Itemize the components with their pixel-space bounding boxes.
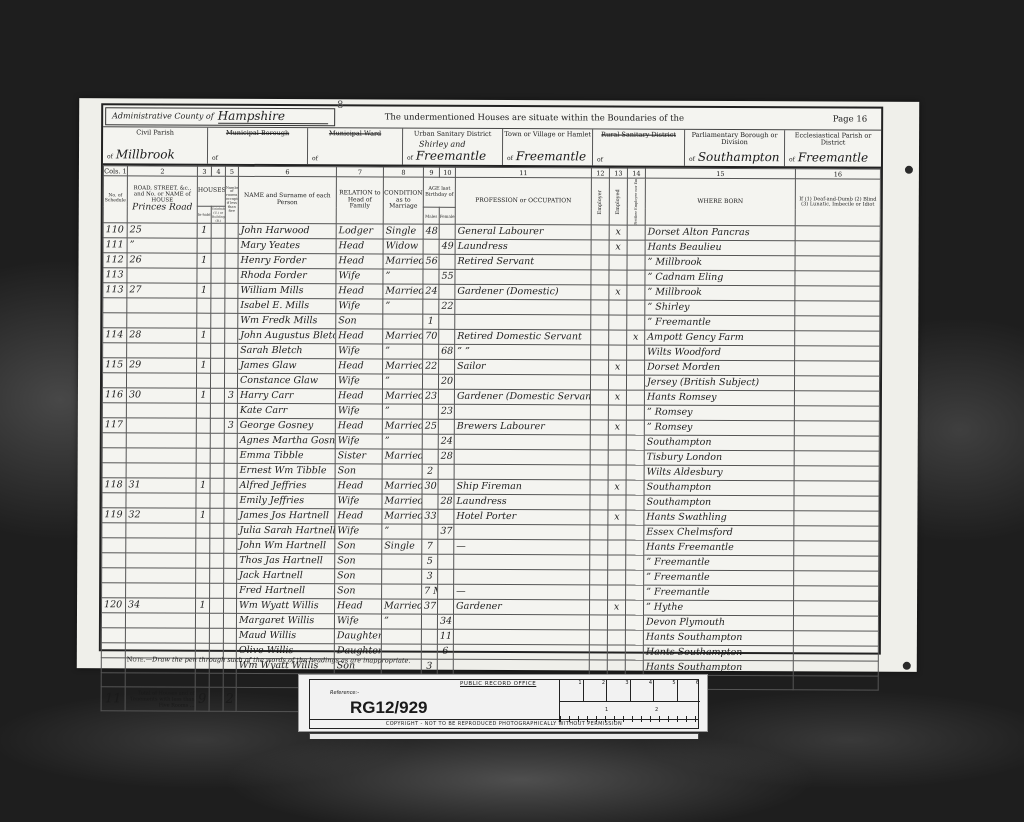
employed-mark <box>609 330 627 345</box>
house-address: 27 <box>127 283 197 298</box>
where-born: Hants Romsey <box>644 390 794 406</box>
rooms-count <box>224 448 237 463</box>
neither-mark <box>627 360 645 375</box>
infirmity <box>794 466 879 481</box>
card-underlay <box>309 733 699 739</box>
where-born: ” Freemantle <box>644 585 794 601</box>
inhabited-mark <box>196 553 210 568</box>
employed-mark <box>608 570 626 585</box>
where-born: Devon Plymouth <box>643 615 793 631</box>
house-address <box>126 568 196 583</box>
person-name: Wm Wyatt Willis <box>237 598 335 613</box>
age-female <box>438 539 454 554</box>
employer-mark <box>591 240 609 255</box>
rooms-count <box>225 283 238 298</box>
neither-mark <box>626 435 644 450</box>
header-condition: CONDITION as to Marriage <box>383 177 423 224</box>
uninhabited-mark <box>211 223 225 238</box>
person-name: James Glaw <box>238 358 336 373</box>
neither-mark <box>626 420 644 435</box>
relation: Head <box>336 359 383 374</box>
reference-card: PUBLIC RECORD OFFICE Reference:- RG12/92… <box>298 674 708 732</box>
condition: Married <box>383 254 423 269</box>
census-rows: 110251John HarwoodLodgerSingle48General … <box>101 223 880 691</box>
boundaries-text: The undermentioned Houses are situate wi… <box>385 112 684 123</box>
punch-hole <box>905 166 913 174</box>
employed-mark <box>608 405 626 420</box>
inhabited-mark: 1 <box>196 388 210 403</box>
uninhabited-mark <box>210 493 224 508</box>
person-name: Thos Jas Hartnell <box>237 553 335 568</box>
employed-mark <box>608 450 626 465</box>
employer-mark <box>591 360 609 375</box>
condition <box>382 584 422 599</box>
rooms-count <box>224 433 237 448</box>
employer-mark <box>589 600 607 615</box>
employed-mark <box>609 270 627 285</box>
relation: Head <box>335 509 382 524</box>
schedule-number: 119 <box>102 508 126 523</box>
uninhabited-mark <box>210 388 224 403</box>
employer-mark <box>590 465 608 480</box>
employer-mark <box>590 570 608 585</box>
schedule-number <box>101 628 125 643</box>
house-address <box>126 493 196 508</box>
relation: Head <box>335 599 382 614</box>
neither-mark <box>626 405 644 420</box>
header-neither: Neither Employer nor Employed <box>627 178 645 225</box>
neither-mark <box>626 465 644 480</box>
neither-mark <box>627 225 645 240</box>
employer-mark <box>591 270 609 285</box>
employed-mark <box>608 375 626 390</box>
house-address <box>126 418 196 433</box>
district-rural-sanitary: Rural Sanitary District of <box>593 129 685 165</box>
uninhabited-mark <box>210 583 224 598</box>
employed-mark <box>609 300 627 315</box>
census-sheet: Administrative County of Hampshire The u… <box>77 98 919 672</box>
person-name: Henry Forder <box>238 253 336 268</box>
employed-mark <box>607 615 625 630</box>
folio-stamp: 8 <box>337 100 343 111</box>
rooms-count <box>225 328 238 343</box>
schedule-number <box>103 298 127 313</box>
employer-mark <box>590 525 608 540</box>
age-male <box>422 434 438 449</box>
age-female <box>438 569 454 584</box>
inhabited-mark <box>196 373 210 388</box>
schedule-number: 112 <box>103 253 127 268</box>
rooms-count: 3 <box>224 388 237 403</box>
relation: Wife <box>336 344 383 359</box>
district-town: Town or Village or Hamlet ofFreemantle <box>503 129 593 165</box>
employer-mark <box>589 615 607 630</box>
header-where-born: WHERE BORN <box>645 178 795 226</box>
person-name: Maud Willis <box>236 628 334 643</box>
rooms-count <box>224 523 237 538</box>
where-born: ” Freemantle <box>644 555 794 571</box>
age-female <box>439 284 455 299</box>
occupation: General Labourer <box>455 224 591 240</box>
age-male: 48 <box>423 224 439 239</box>
employer-mark <box>590 435 608 450</box>
inhabited-mark <box>195 613 209 628</box>
age-female: 20 <box>438 374 454 389</box>
where-born: ” Romsey <box>644 405 794 421</box>
house-address: ” <box>127 238 197 253</box>
infirmity <box>794 511 879 526</box>
inhabited-mark: 1 <box>196 598 210 613</box>
employed-mark: x <box>608 510 626 525</box>
uninhabited-mark <box>210 433 224 448</box>
rooms-count <box>224 478 237 493</box>
header-males: Males <box>423 207 439 224</box>
occupation: Retired Servant <box>455 254 591 270</box>
where-born: Hants Southampton <box>643 630 793 646</box>
county-label: Administrative County of <box>112 111 214 120</box>
rooms-count <box>223 628 236 643</box>
age-female: 24 <box>438 434 454 449</box>
schedule-number <box>102 583 126 598</box>
age-female <box>437 599 453 614</box>
district-civil-parish: Civil Parish ofMillbrook <box>103 127 208 163</box>
age-female: 22 <box>439 299 455 314</box>
uninhabited-mark <box>209 628 223 643</box>
total-schedules: 11 <box>101 687 125 711</box>
person-name: Agnes Martha Gosney <box>237 433 335 448</box>
where-born: ” Freemantle <box>645 315 795 331</box>
inhabited-mark <box>196 448 210 463</box>
uninhabited-mark <box>211 238 225 253</box>
infirmity <box>794 436 879 451</box>
infirmity <box>794 376 879 391</box>
house-address <box>126 433 196 448</box>
relation: Son <box>335 584 382 599</box>
where-born: Ampott Gency Farm <box>645 330 795 346</box>
where-born: ” Cadnam Eling <box>645 270 795 286</box>
occupation: Sailor <box>455 359 591 375</box>
occupation: Ship Fireman <box>454 479 590 495</box>
employer-mark <box>590 420 608 435</box>
rooms-count <box>224 553 237 568</box>
employed-mark <box>607 630 625 645</box>
schedule-number <box>102 448 126 463</box>
rooms-count <box>224 493 237 508</box>
employer-mark <box>590 495 608 510</box>
rooms-count <box>224 583 237 598</box>
occupation: — <box>454 539 590 555</box>
schedule-number <box>102 463 126 478</box>
inhabited-mark <box>196 418 210 433</box>
schedule-number <box>102 493 126 508</box>
schedule-number <box>102 538 126 553</box>
house-address <box>126 448 196 463</box>
neither-mark <box>627 285 645 300</box>
district-row: Civil Parish ofMillbrook Municipal Borou… <box>103 127 881 168</box>
record-office-label: PUBLIC RECORD OFFICE <box>460 681 536 687</box>
condition <box>382 569 422 584</box>
age-male: 37 <box>421 599 437 614</box>
condition: Married <box>382 509 422 524</box>
infirmity <box>793 646 878 661</box>
reference-code: RG12/929 <box>350 698 428 718</box>
age-male: 1 <box>423 314 439 329</box>
infirmity <box>794 556 879 571</box>
uninhabited-mark <box>210 538 224 553</box>
infirmity <box>794 451 879 466</box>
age-male: 33 <box>422 509 438 524</box>
relation: Son <box>336 314 383 329</box>
infirmity <box>795 361 880 376</box>
occupation <box>454 434 590 450</box>
house-address <box>125 613 195 628</box>
uninhabited-mark <box>210 448 224 463</box>
neither-mark <box>626 555 644 570</box>
inhabited-mark: 1 <box>197 223 211 238</box>
infirmity <box>794 571 879 586</box>
person-name: Mary Yeates <box>238 238 336 253</box>
where-born: ” Romsey <box>644 420 794 436</box>
condition <box>383 314 423 329</box>
person-name: George Gosney <box>237 418 335 433</box>
neither-mark <box>626 525 644 540</box>
rooms-count <box>225 313 238 328</box>
age-male: 2 <box>422 464 438 479</box>
condition: Single <box>382 539 422 554</box>
uninhabited-mark <box>210 403 224 418</box>
uninhabited-mark <box>211 298 225 313</box>
inhabited-mark <box>196 433 210 448</box>
age-female <box>438 464 454 479</box>
header-occupation: PROFESSION or OCCUPATION <box>455 177 591 225</box>
total-uninhabited <box>209 688 223 712</box>
condition: Married <box>383 359 423 374</box>
neither-mark <box>626 450 644 465</box>
where-born: Wilts Woodford <box>645 345 795 361</box>
rooms-count <box>225 223 238 238</box>
occupation <box>455 269 591 285</box>
employed-mark: x <box>609 240 627 255</box>
relation: Son <box>335 569 382 584</box>
infirmity <box>794 391 879 406</box>
infirmity <box>793 676 878 691</box>
header-address: ROAD, STREET, &c., and No. or NAME of HO… <box>127 176 197 223</box>
infirmity <box>794 481 879 496</box>
inhabited-mark <box>196 568 210 583</box>
employer-mark <box>590 540 608 555</box>
district-municipal-borough: Municipal Borough of <box>208 128 308 164</box>
person-name: Fred Hartnell <box>237 583 335 598</box>
relation: Head <box>336 254 383 269</box>
age-female: 49 <box>439 239 455 254</box>
infirmity <box>795 271 880 286</box>
where-born: Hants Freemantle <box>644 540 794 556</box>
schedule-number: 120 <box>102 598 126 613</box>
infirmity <box>794 541 879 556</box>
uninhabited-mark <box>210 523 224 538</box>
occupation <box>453 629 589 645</box>
uninhabited-mark <box>210 553 224 568</box>
person-name: Rhoda Forder <box>238 268 336 283</box>
age-female <box>438 389 454 404</box>
rooms-count <box>225 298 238 313</box>
infirmity <box>795 316 880 331</box>
schedule-number: 111 <box>103 238 127 253</box>
infirmity <box>793 631 878 646</box>
rooms-count <box>224 538 237 553</box>
occupation: ” ” <box>455 344 591 360</box>
rooms-count <box>224 463 237 478</box>
relation: Son <box>335 554 382 569</box>
reference-label: Reference:- <box>330 690 359 696</box>
relation: Head <box>335 419 382 434</box>
relation: Wife <box>336 269 383 284</box>
uninhabited-mark <box>211 253 225 268</box>
occupation <box>454 464 590 480</box>
header-name: NAME and Surname of each Person <box>238 176 336 223</box>
employed-mark <box>607 660 625 675</box>
occupation: Gardener (Domestic) <box>455 284 591 300</box>
age-male <box>422 524 438 539</box>
employed-mark <box>607 645 625 660</box>
town-value: Freemantle <box>516 149 586 163</box>
house-address: 29 <box>127 358 197 373</box>
schedule-number <box>102 553 126 568</box>
schedule-number: 115 <box>103 358 127 373</box>
condition: ” <box>382 374 422 389</box>
age-female: 37 <box>438 524 454 539</box>
rooms-count <box>225 268 238 283</box>
infirmity <box>794 586 879 601</box>
person-name: Julia Sarah Hartnell <box>237 523 335 538</box>
district-parliamentary: Parliamentary Borough or Division ofSout… <box>685 130 785 166</box>
relation: Son <box>335 539 382 554</box>
rooms-count <box>224 373 237 388</box>
header-females: Females <box>439 207 455 224</box>
neither-mark <box>626 540 644 555</box>
header-schedule: No. of Schedule <box>103 176 127 223</box>
where-born: Jersey (British Subject) <box>644 375 794 391</box>
age-female: 34 <box>437 614 453 629</box>
house-address: 34 <box>126 598 196 613</box>
infirmity <box>795 346 880 361</box>
header-rooms: Number of rooms occupied if less than fi… <box>225 176 238 223</box>
schedule-number: 114 <box>103 328 127 343</box>
rooms-count <box>225 343 238 358</box>
person-name: Margaret Willis <box>236 613 334 628</box>
person-name: Emily Jeffries <box>237 493 335 508</box>
condition: Married <box>383 329 423 344</box>
rooms-count <box>223 673 236 687</box>
form-note: Note.—Draw the pen through such of the w… <box>127 655 411 664</box>
schedule-number <box>101 658 125 673</box>
employer-mark <box>590 585 608 600</box>
schedule-number <box>102 433 126 448</box>
house-address <box>126 553 196 568</box>
relation: Head <box>336 239 383 254</box>
age-female: 28 <box>438 494 454 509</box>
employed-mark: x <box>609 225 627 240</box>
column-headers: No. of Schedule ROAD, STREET, &c., and N… <box>103 176 880 209</box>
inhabited-mark <box>197 268 211 283</box>
age-female <box>438 509 454 524</box>
total-rooms: 2 <box>223 688 236 712</box>
condition: Married <box>382 419 422 434</box>
house-address <box>126 538 196 553</box>
header-houses: HOUSES <box>197 176 225 206</box>
rooms-count <box>223 613 236 628</box>
relation: Wife <box>334 614 381 629</box>
employed-mark: x <box>609 360 627 375</box>
schedule-number: 118 <box>102 478 126 493</box>
infirmity <box>795 241 880 256</box>
employed-mark: x <box>608 390 626 405</box>
employed-mark <box>608 540 626 555</box>
inhabited-mark <box>197 238 211 253</box>
schedule-number: 113 <box>103 268 127 283</box>
age-male <box>422 374 438 389</box>
house-address: 28 <box>127 328 197 343</box>
person-name: John Augustus Bletch <box>238 328 336 343</box>
inhabited-mark <box>196 403 210 418</box>
employer-mark <box>589 645 607 660</box>
house-address <box>126 373 196 388</box>
age-female <box>439 359 455 374</box>
neither-mark <box>625 615 643 630</box>
infirmity <box>795 286 880 301</box>
employer-mark <box>590 450 608 465</box>
neither-mark <box>626 510 644 525</box>
employed-mark: x <box>608 420 626 435</box>
neither-mark <box>627 255 645 270</box>
inhabited-mark: 1 <box>196 508 210 523</box>
occupation <box>455 299 591 315</box>
where-born: Southampton <box>644 495 794 511</box>
occupation <box>454 449 590 465</box>
condition: Married <box>382 449 422 464</box>
employed-mark <box>608 435 626 450</box>
relation: Wife <box>335 434 382 449</box>
header-relation: RELATION to Head of Family <box>336 177 383 224</box>
person-name: James Jos Hartnell <box>237 508 335 523</box>
person-name: John Wm Hartnell <box>237 538 335 553</box>
age-male <box>422 494 438 509</box>
age-female <box>439 314 455 329</box>
condition: ” <box>383 269 423 284</box>
age-male <box>421 614 437 629</box>
county-box: Administrative County of Hampshire <box>105 107 335 126</box>
employer-mark <box>591 330 609 345</box>
infirmity <box>794 526 879 541</box>
uninhabited-mark <box>211 268 225 283</box>
age-male: 23 <box>422 389 438 404</box>
house-address: 25 <box>127 223 197 238</box>
inhabited-mark <box>195 673 209 687</box>
employer-mark <box>591 225 609 240</box>
condition: ” <box>383 299 423 314</box>
relation: Wife <box>335 374 382 389</box>
relation: Head <box>335 389 382 404</box>
occupation: Retired Domestic Servant <box>455 329 591 345</box>
relation: Sister <box>335 449 382 464</box>
relation: Head <box>336 329 383 344</box>
person-name: Jack Hartnell <box>237 568 335 583</box>
house-address <box>126 403 196 418</box>
rooms-count: 3 <box>224 418 237 433</box>
condition: Married <box>382 389 422 404</box>
age-male <box>423 344 439 359</box>
age-female <box>438 554 454 569</box>
